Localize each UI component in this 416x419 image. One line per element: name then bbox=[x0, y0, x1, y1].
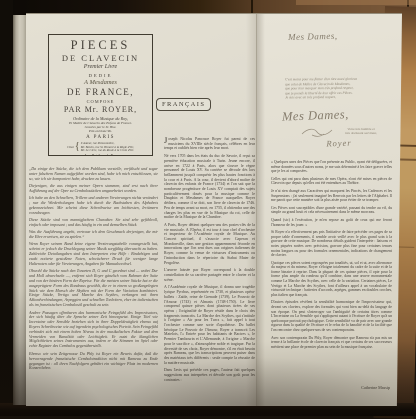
photo-scene: PIECES DE CLAVECIN Premier Livre DEDIE A… bbox=[0, 0, 416, 416]
title-line: DE CLAVECIN bbox=[52, 53, 149, 63]
author-credit: Catherine Massip bbox=[361, 385, 390, 390]
paragraph: A Paris, Royer détient quelques-uns des … bbox=[164, 223, 255, 265]
paragraph: Diese Stücke sind von mannigfachem Chara… bbox=[29, 218, 158, 228]
paragraph: A l'Académie royale de Musique, il donna… bbox=[164, 285, 255, 365]
french-bio-column: Joseph Nicolas Pancrace Royer fut parmi … bbox=[164, 137, 255, 407]
booklet-spine-edge bbox=[13, 15, 27, 405]
right-page: Mes Dames, C'est moins pour me flatter d… bbox=[256, 13, 402, 406]
title-line: PIECES bbox=[52, 39, 149, 52]
german-text-column: „Da einige der Stücke, die ich dem Publi… bbox=[29, 167, 158, 399]
paragraph: Andere Passagen offenbaren das harmonisc… bbox=[29, 311, 158, 349]
paragraph: Je n'ai rien changé aux Caractères qui m… bbox=[271, 189, 392, 203]
paragraph: L'œuvre laissée par Royer correspond à l… bbox=[164, 268, 255, 282]
paragraph: Quand (sic) à l'exécution, je m'en repos… bbox=[271, 218, 392, 227]
paragraph: „Da einige der Stücke, die ich dem Publi… bbox=[29, 167, 158, 181]
dedication-salutation-large: Mes Dames, bbox=[282, 106, 372, 124]
background-left bbox=[0, 0, 13, 416]
royer-signature: Royer bbox=[316, 137, 362, 149]
paragraph: D'autres épisodes révèlent la sensibilit… bbox=[271, 300, 392, 332]
paragraph: Ebenso wie sein Zeitgenosse Du Phly ist … bbox=[29, 352, 158, 371]
paragraph: Was die Ausführung angeht, vertraue ich … bbox=[29, 230, 158, 240]
paragraph: Wenn Royer seinem Band keine eigene Verz… bbox=[29, 242, 158, 266]
paragraph: Obwohl die Stücke nach den Tonarten D, G… bbox=[29, 269, 158, 307]
paragraph: Joseph Nicolas Pancrace Royer fut parmi … bbox=[164, 137, 255, 151]
publisher-block: Chez { L'Auteur, rue Poissonnière, Mr. B… bbox=[52, 142, 149, 153]
title-line: A Mesdames bbox=[52, 79, 149, 87]
paragraph: Quoique ces pièces soient regroupées par… bbox=[271, 261, 392, 298]
paragraph: Diejenigen, die aus einigen meiner Opern… bbox=[29, 184, 158, 194]
title-line: Avec Privilege du Roy. bbox=[52, 154, 149, 156]
title-line: PAR Mr. ROYER, bbox=[52, 105, 149, 115]
paragraph: Avec son contemporain Du Phly, Royer dém… bbox=[271, 336, 392, 350]
left-page: PIECES DE CLAVECIN Premier Livre DEDIE A… bbox=[26, 13, 258, 406]
paragraph: Celles qui ont paru dans plusieurs de me… bbox=[271, 177, 392, 186]
valediction-line: très obéissant serviteur, bbox=[334, 131, 388, 135]
dedication-text: C'est moins pour me flatter d'un titre a… bbox=[282, 77, 388, 101]
brace-glyph: { bbox=[75, 142, 80, 152]
french-preface-column: « Quelques unes des Pièces que l'on prés… bbox=[271, 160, 392, 392]
flourish-ornament bbox=[300, 126, 334, 138]
paragraph: Ich habe an den Schnellern, Trillern und… bbox=[29, 196, 158, 215]
paragraph: Né vers 1705 dans les états du duc de Sa… bbox=[164, 154, 255, 220]
title-line: DE FRANCE, bbox=[52, 87, 149, 98]
paragraph: Ces Pièces sont susceptibles d'une grand… bbox=[271, 206, 392, 215]
paragraph: « Quelques unes des Pièces que l'on prés… bbox=[271, 160, 392, 174]
language-badge: FRANÇAIS bbox=[156, 98, 211, 111]
dedication-line: Je suis avec un très profond respect, bbox=[282, 95, 388, 101]
title-line: Premier Livre bbox=[52, 64, 149, 71]
title-page-facsimile: PIECES DE CLAVECIN Premier Livre DEDIE A… bbox=[48, 34, 153, 156]
paragraph: Dans l'avis qui précède ces pages, l'aut… bbox=[164, 368, 255, 382]
publisher-label: Chez bbox=[67, 145, 74, 149]
title-line: Prix en blanc 9lt. bbox=[52, 129, 149, 133]
tile-highlight bbox=[296, 0, 416, 5]
dedication-salutation: Mes Dames, bbox=[288, 30, 368, 42]
valediction: Votre très humble et très obéissant serv… bbox=[334, 127, 388, 135]
publisher-entry: Mr. Le Clerc, rue du Roule à la Croix d'… bbox=[81, 149, 134, 153]
paragraph: Si Royer n'a effectivement pas pris l'in… bbox=[271, 230, 392, 258]
